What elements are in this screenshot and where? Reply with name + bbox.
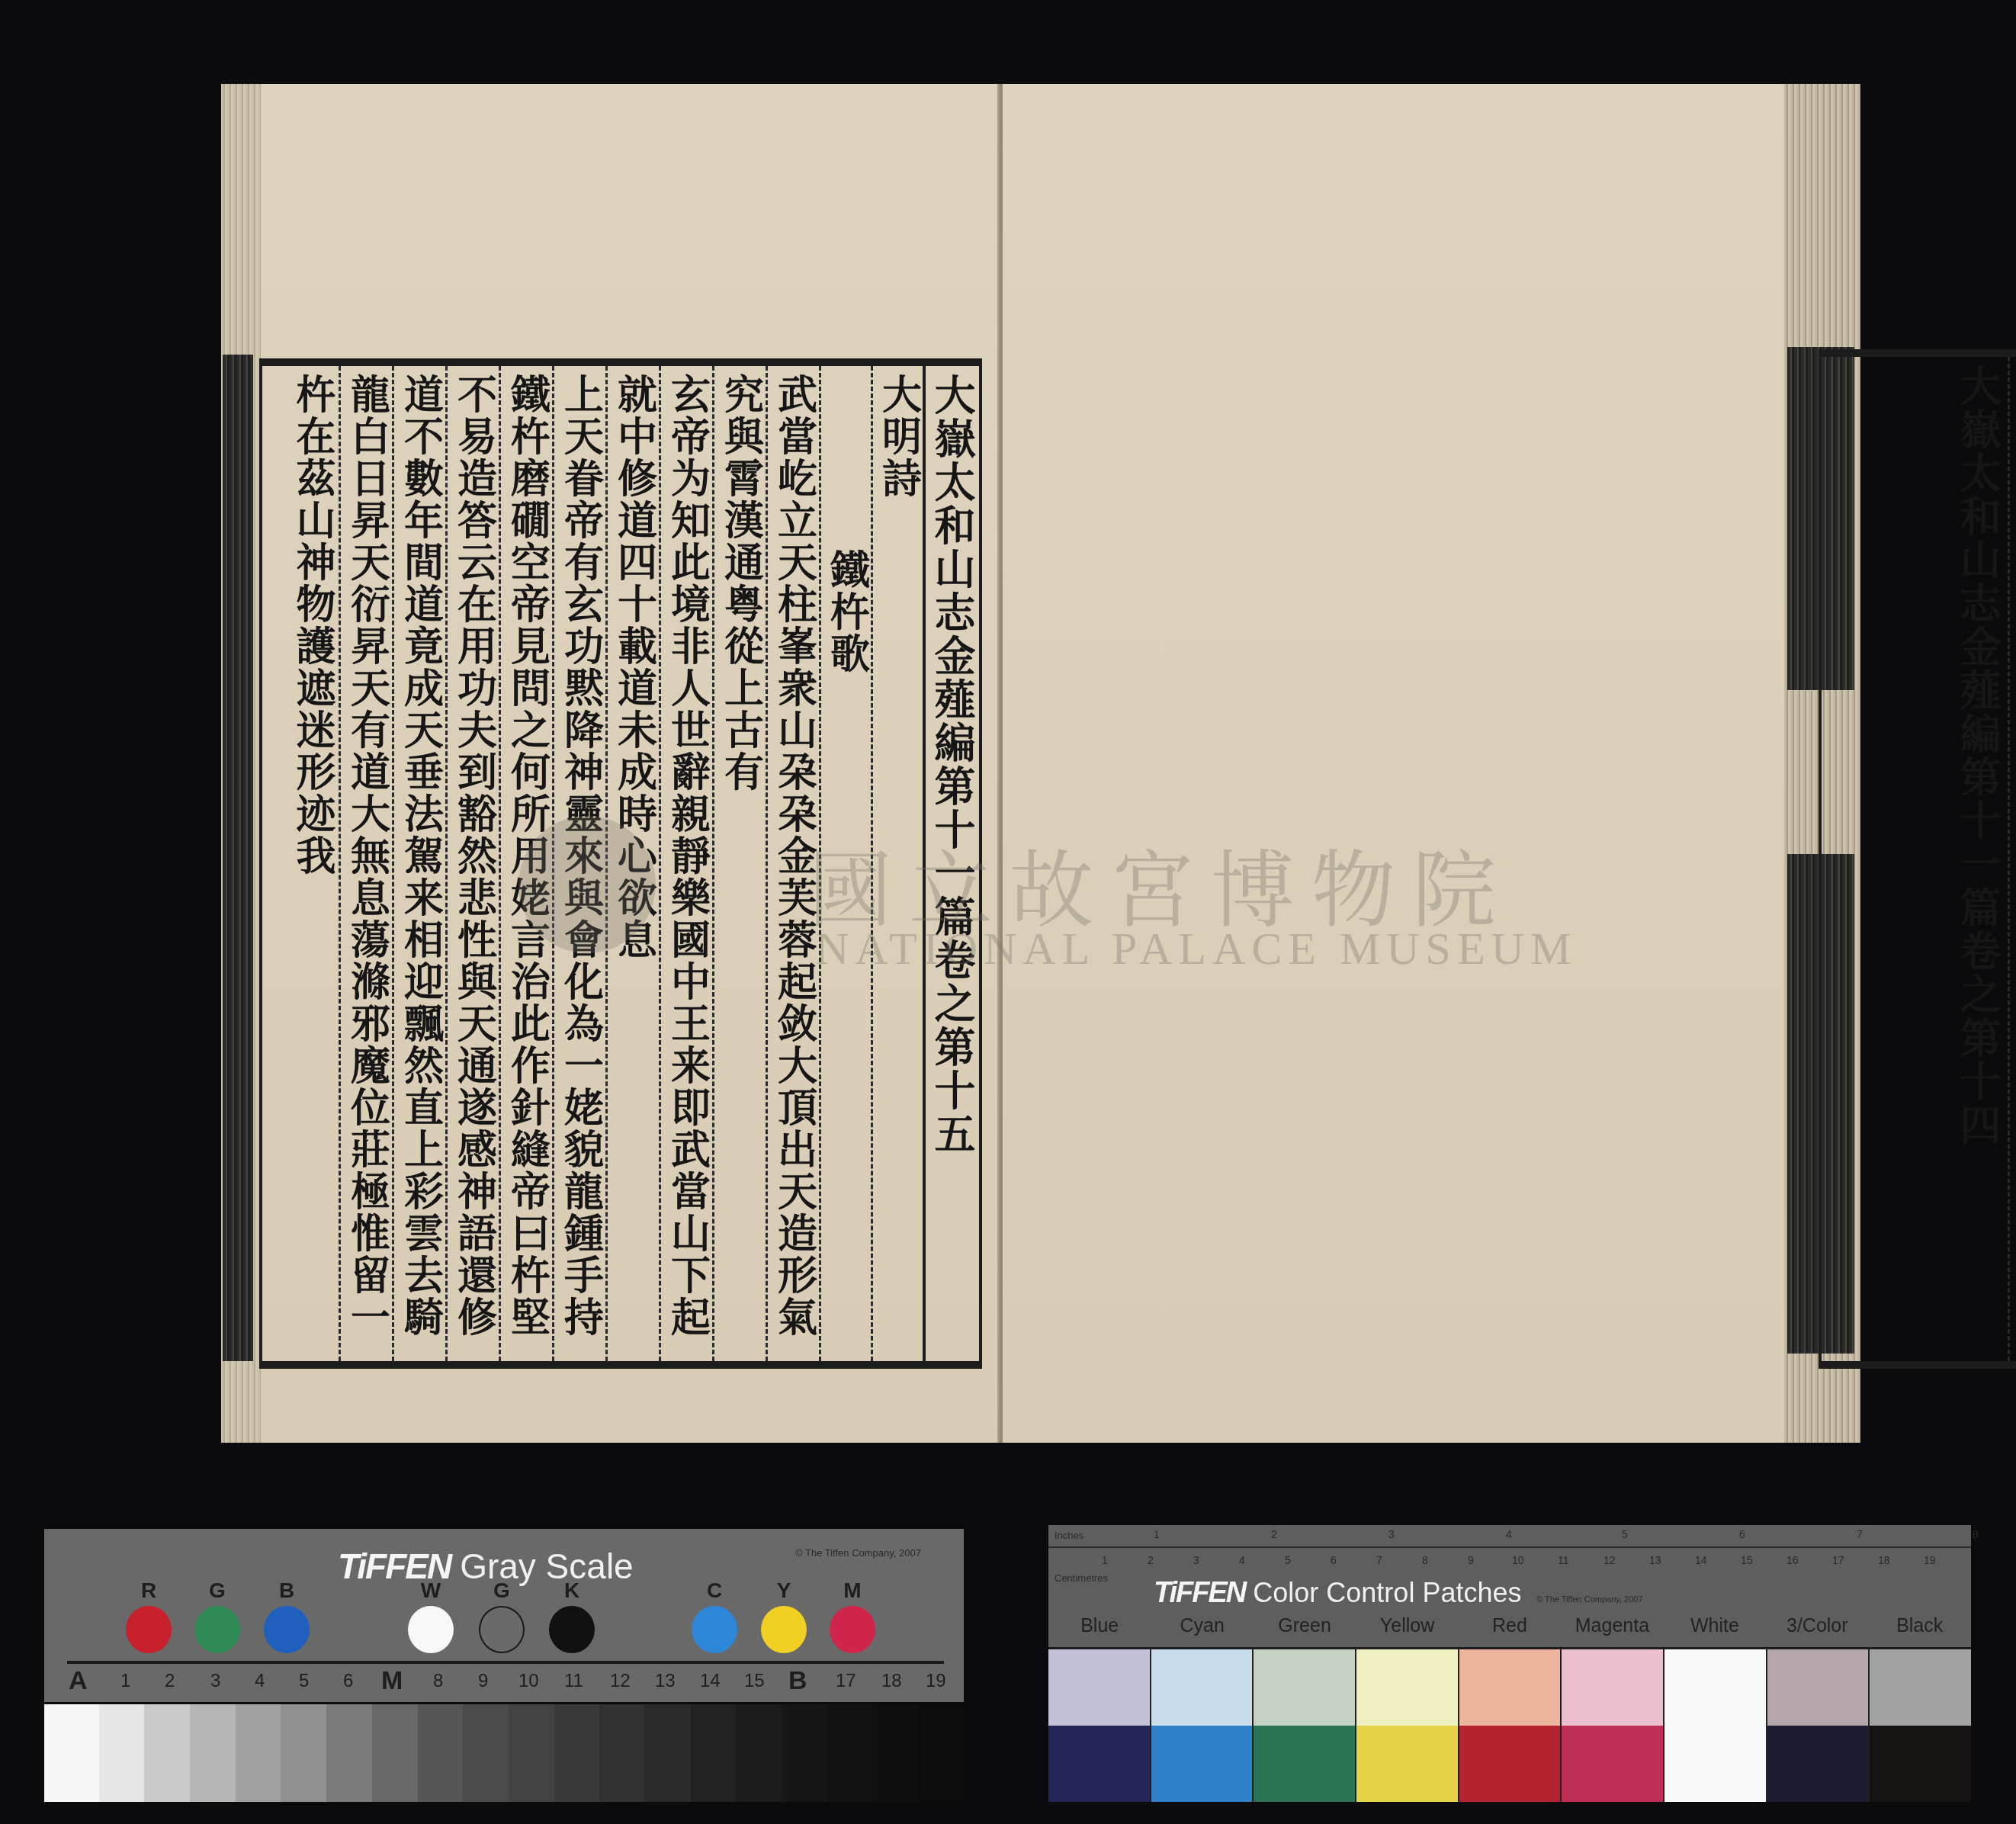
patch-yellow [1356, 1649, 1459, 1802]
right-print-frame: 壇前萬里皆歸有嚴威彰赤赤誰無厚福護元元真人制行 通天地日日飛仙降殿門 又 張公披… [1819, 349, 2016, 1369]
text-column: 玄帝为知此境非人世辭親靜樂國中王来即武當山下起 [659, 366, 712, 1361]
ruler: Inches 1 2 3 4 5 6 7 8 1 2 3 4 5 6 7 8 9… [1048, 1525, 1971, 1571]
patch-green [1254, 1649, 1356, 1802]
gray-step [418, 1704, 464, 1802]
dot-c: C [692, 1578, 737, 1653]
patch-3color [1767, 1649, 1870, 1802]
text-column: 不易造答云在用功夫到豁然悲性與天通遂感神語還修 [445, 366, 499, 1361]
right-page-title: 大嶽太和山志金薤編第十一篇卷之第十四 [1954, 357, 2002, 1361]
gray-step [827, 1704, 873, 1802]
gray-step-strip [44, 1704, 964, 1802]
text-line: 究與霄漢通粤從上古有 [717, 366, 764, 1361]
open-book: 大嶽太和山志金薤編第十一篇卷之第十五 大明詩 鐵杵歌 武當屹立天柱峯衆山朶朶金芙… [221, 84, 1860, 1443]
text-column: 杵在茲山神物護遮迷形迹我 [285, 366, 339, 1361]
patch-black [1870, 1649, 1971, 1802]
gray-step [326, 1704, 372, 1802]
left-page: 大嶽太和山志金薤編第十一篇卷之第十五 大明詩 鐵杵歌 武當屹立天柱峯衆山朶朶金芙… [221, 84, 999, 1443]
dot-y: Y [761, 1578, 807, 1653]
text-column: 鐵杵磨礀空帝見問之何所用姥言治此作針縫帝曰杵堅 [499, 366, 552, 1361]
color-card-title-text: Color Control Patches [1253, 1577, 1521, 1608]
color-card-copyright: © The Tiffen Company, 2007 [1536, 1595, 1643, 1604]
color-card-title: TiFFENColor Control Patches [1154, 1577, 1521, 1610]
gray-step [645, 1704, 691, 1802]
gray-step [736, 1704, 782, 1802]
color-control-card: Inches 1 2 3 4 5 6 7 8 1 2 3 4 5 6 7 8 9… [1048, 1525, 1971, 1801]
blank-column [2008, 357, 2016, 1361]
text-column: 究與霄漢通粤從上古有 [712, 366, 766, 1361]
text-line: 鐵杵磨礀空帝見問之何所用姥言治此作針縫帝曰杵堅 [503, 366, 551, 1361]
left-page-title: 大嶽太和山志金薤編第十一篇卷之第十五 [929, 366, 976, 1361]
inches-label: Inches [1055, 1530, 1083, 1541]
gray-step [144, 1704, 190, 1802]
gray-card-copyright: © The Tiffen Company, 2007 [795, 1547, 921, 1559]
left-edge-ink [223, 355, 253, 1361]
tiffen-logo: TiFFEN [1154, 1577, 1245, 1609]
text-column: 龍白日昇天衍昇天有道大無息蕩滌邪魔位莊極惟留一 [339, 366, 392, 1361]
gray-step [599, 1704, 645, 1802]
gray-step [463, 1704, 509, 1802]
right-text-columns: 壇前萬里皆歸有嚴威彰赤赤誰無厚福護元元真人制行 通天地日日飛仙降殿門 又 張公披… [1822, 357, 2016, 1361]
gray-scale-card: TiFFENGray Scale © The Tiffen Company, 2… [44, 1529, 964, 1800]
dot-k: K [549, 1578, 595, 1653]
gray-step [509, 1704, 554, 1802]
gray-step [873, 1704, 919, 1802]
gray-step [554, 1704, 600, 1802]
gray-step [372, 1704, 418, 1802]
gray-step [236, 1704, 281, 1802]
color-patches [1048, 1647, 1971, 1802]
dot-b: B [264, 1578, 310, 1653]
text-column: 上天眷帝有玄功黙降神靈來與會化為一姥貌龍鍾手持 [552, 366, 605, 1361]
patch-labels: Blue Cyan Green Yellow Red Magenta White… [1048, 1615, 1971, 1638]
centimetres-label: Centimetres [1055, 1572, 1108, 1584]
patch-red [1459, 1649, 1562, 1802]
patch-blue [1048, 1649, 1151, 1802]
left-poem-title-column: 鐵杵歌 [819, 366, 871, 1361]
text-column: 就中修道四十載道未成時心欲息 [605, 366, 659, 1361]
text-line: 上天眷帝有玄功黙降神靈來與會化為一姥貌龍鍾手持 [557, 366, 604, 1361]
left-text-columns: 大嶽太和山志金薤編第十一篇卷之第十五 大明詩 鐵杵歌 武當屹立天柱峯衆山朶朶金芙… [262, 366, 979, 1361]
gray-step [44, 1704, 99, 1802]
right-title-column: 大嶽太和山志金薤編第十一篇卷之第十四 [1948, 357, 2008, 1361]
gray-card-rule [67, 1661, 944, 1664]
left-heading: 大明詩 [875, 366, 922, 1361]
left-heading-column: 大明詩 [871, 366, 923, 1361]
patch-white [1664, 1649, 1767, 1802]
gray-step [99, 1704, 145, 1802]
left-print-frame: 大嶽太和山志金薤編第十一篇卷之第十五 大明詩 鐵杵歌 武當屹立天柱峯衆山朶朶金芙… [259, 358, 982, 1369]
right-page: 壇前萬里皆歸有嚴威彰赤赤誰無厚福護元元真人制行 通天地日日飛仙降殿門 又 張公披… [1003, 84, 1860, 1443]
text-line: 武當屹立天柱峯衆山朶朶金芙蓉起敛大頂出天造形氣 [770, 366, 817, 1361]
gray-step [190, 1704, 236, 1802]
dot-r: R [126, 1578, 172, 1653]
scale-labels: A 1 2 3 4 5 6 M 8 9 10 11 12 13 14 15 B … [67, 1671, 952, 1698]
text-line: 道不數年間道竟成天垂法駕来相迎飄然直上彩雲去騎 [396, 366, 444, 1361]
gray-step [691, 1704, 737, 1802]
gray-step [782, 1704, 827, 1802]
dot-m: M [830, 1578, 875, 1653]
left-title-column: 大嶽太和山志金薤編第十一篇卷之第十五 [923, 366, 979, 1361]
gray-step [918, 1704, 964, 1802]
text-line: 玄帝为知此境非人世辭親靜樂國中王来即武當山下起 [663, 366, 711, 1361]
patch-cyan [1151, 1649, 1254, 1802]
dot-g: G [194, 1578, 240, 1653]
patch-magenta [1562, 1649, 1664, 1802]
dot-w: W [408, 1578, 454, 1653]
text-column: 武當屹立天柱峯衆山朶朶金芙蓉起敛大頂出天造形氣 [766, 366, 819, 1361]
reference-dots: R G B W G K C Y M [44, 1578, 964, 1647]
text-line: 不易造答云在用功夫到豁然悲性與天通遂感神語還修 [450, 366, 497, 1361]
text-column: 道不數年間道竟成天垂法駕来相迎飄然直上彩雲去騎 [392, 366, 445, 1361]
gray-step [281, 1704, 326, 1802]
text-line: 龍白日昇天衍昇天有道大無息蕩滌邪魔位莊極惟留一 [343, 366, 390, 1361]
text-line: 就中修道四十載道未成時心欲息 [610, 366, 657, 1361]
dot-gray: G [479, 1578, 525, 1653]
poem-title: 鐵杵歌 [823, 366, 870, 1361]
gray-card-header: TiFFENGray Scale © The Tiffen Company, 2… [44, 1529, 964, 1702]
text-line: 杵在茲山神物護遮迷形迹我 [288, 366, 335, 1361]
